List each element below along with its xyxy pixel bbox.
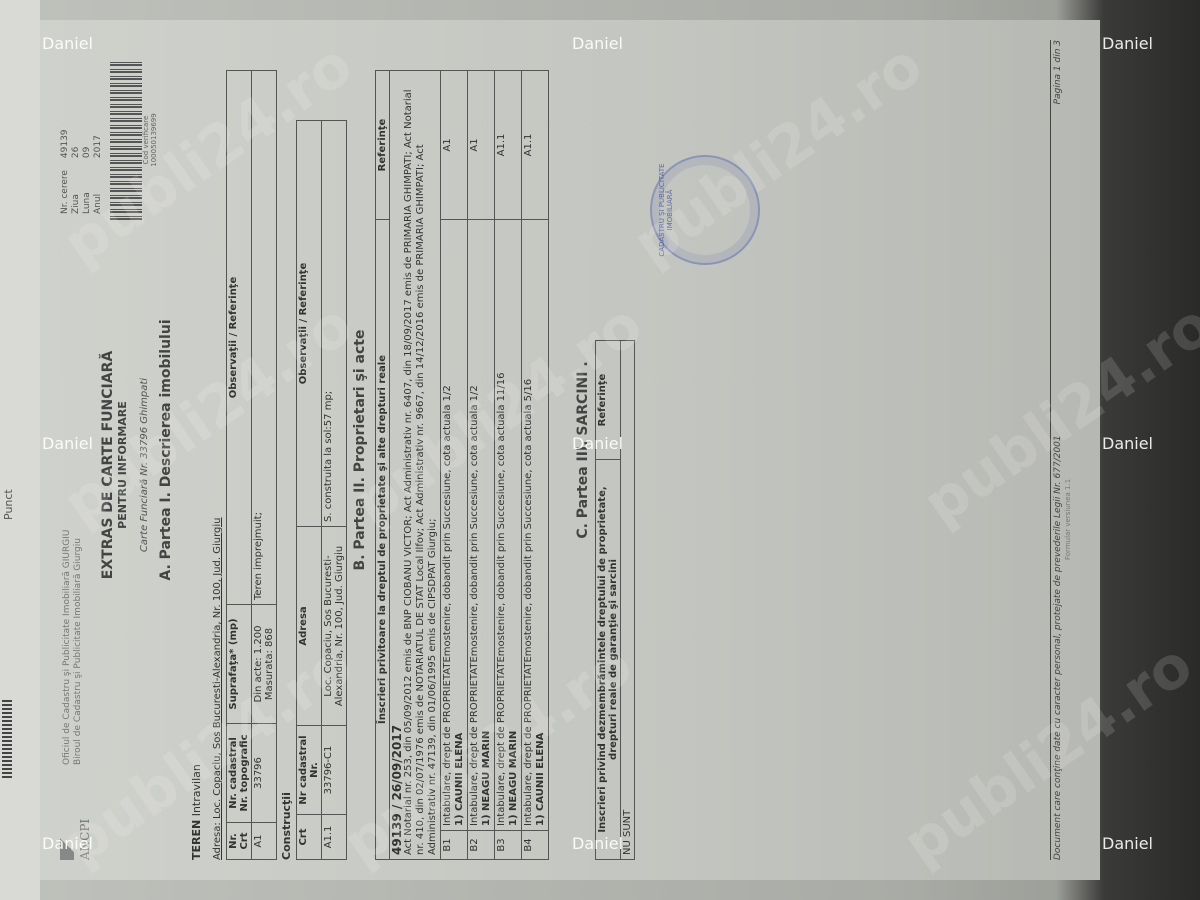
owner-watermark: Daniel xyxy=(42,34,93,53)
property-address: Adresa: Loc. Copaciu, Sos Bucuresti-Alex… xyxy=(212,517,223,860)
form-version: Formular versiunea 1.1 xyxy=(1064,479,1072,560)
owner-watermark: Daniel xyxy=(1102,434,1153,453)
owner-watermark: Daniel xyxy=(1102,34,1153,53)
owner-watermark: Daniel xyxy=(572,34,623,53)
table-row: A1.1 33796-C1 Loc. Copaciu, Sos Bucurest… xyxy=(322,121,347,860)
owner-watermark: Daniel xyxy=(572,434,623,453)
constructions-table: Crt Nr cadastral Nr. Adresa Observaţii /… xyxy=(296,120,347,860)
encumbrances-table: Inscrieri privind dezmembrămintele drept… xyxy=(595,340,635,860)
table-row: NU SUNT xyxy=(621,341,635,860)
underlying-sheet-text: Punct xyxy=(2,489,15,520)
underlying-barcode xyxy=(2,700,12,780)
institution-name: Oficiul de Cadastru şi Publicitate Imobi… xyxy=(62,530,84,765)
owner-watermark: Daniel xyxy=(42,434,93,453)
page-number: Pagina 1 din 3 xyxy=(1053,40,1063,104)
privacy-note: Document care conţine date cu caracter p… xyxy=(1053,435,1063,860)
owner-watermark: Daniel xyxy=(1102,834,1153,853)
part-b-title: B. Partea II. Proprietari şi acte xyxy=(352,20,368,880)
owner-watermark: Daniel xyxy=(572,834,623,853)
owner-watermark: Daniel xyxy=(42,834,93,853)
underlying-sheet: Punct xyxy=(0,0,40,900)
constructii-label: Construcţii xyxy=(280,792,293,860)
